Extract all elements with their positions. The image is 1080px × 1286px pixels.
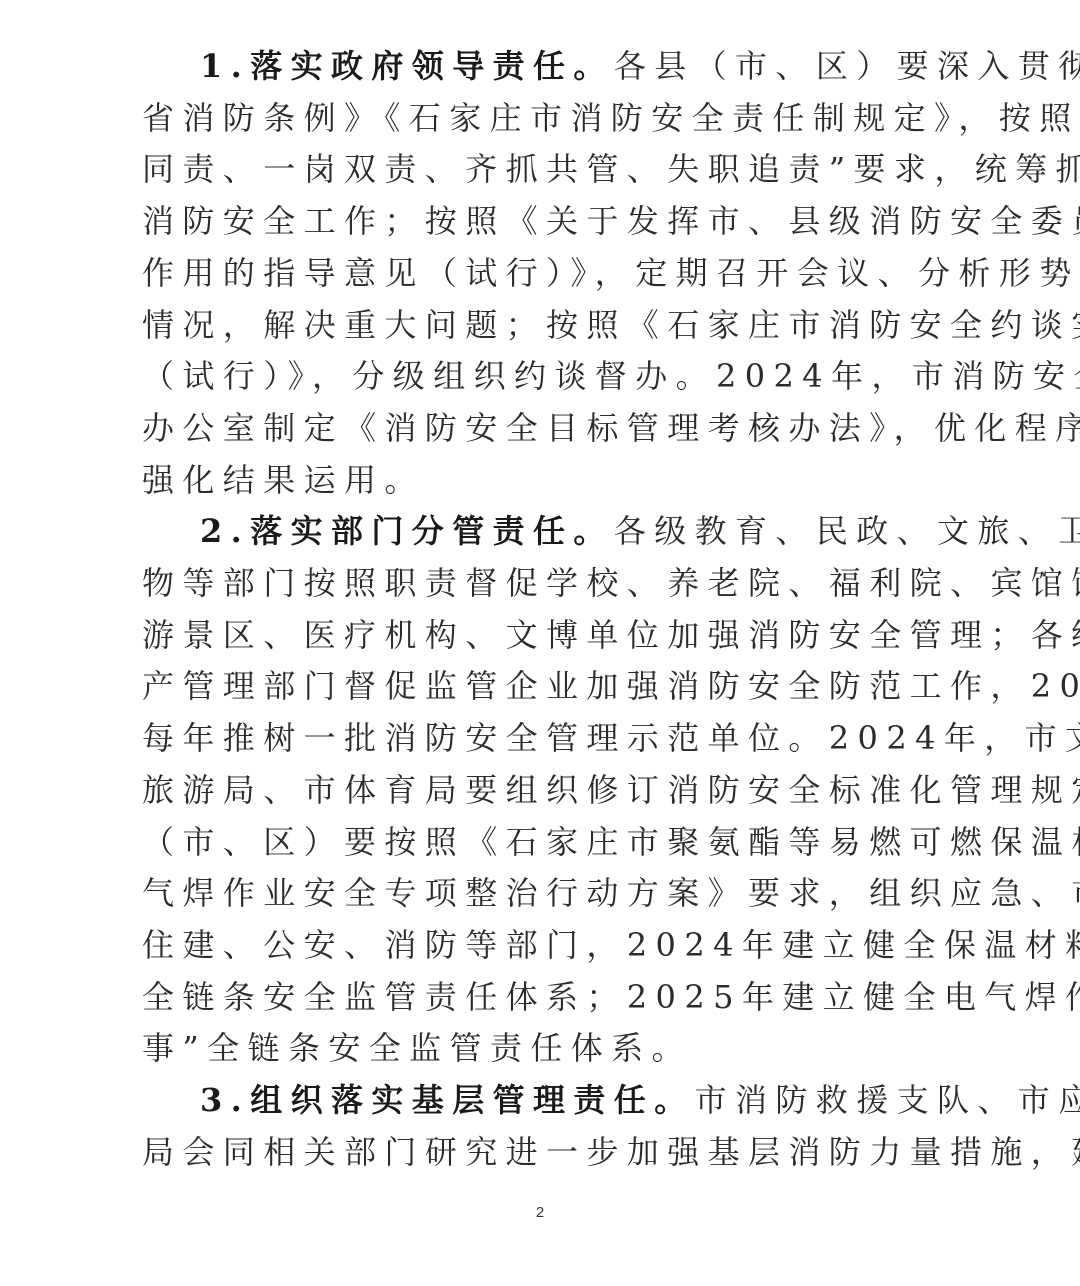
- paragraph-2-line-7: （市、区）要按照《石家庄市聚氨酯等易燃可燃保温材料和电: [142, 816, 1080, 868]
- paragraph-3-text: 市消防救援支队、市应急管理: [695, 1081, 1080, 1119]
- paragraph-1-line-9: 强化结果运用。: [142, 454, 425, 506]
- paragraph-2-line-3: 游景区、医疗机构、文博单位加强消防安全管理；各级国有资: [142, 609, 1080, 661]
- paragraph-1-line-4: 消防安全工作；按照《关于发挥市、县级消防安全委员会平台: [142, 195, 1080, 247]
- paragraph-2-line-5: 每年推树一批消防安全管理示范单位。2024年，市文化广电和: [142, 712, 1080, 764]
- paragraph-3-heading: 3.组织落实基层管理责任。: [200, 1081, 695, 1119]
- page-number: 2: [0, 1204, 1080, 1221]
- paragraph-2-line-8: 气焊作业安全专项整治行动方案》要求，组织应急、市场监管、: [142, 867, 1080, 919]
- paragraph-2-line-4: 产管理部门督促监管企业加强消防安全防范工作，2024年起，: [142, 660, 1080, 712]
- paragraph-3-line-1: 3.组织落实基层管理责任。市消防救援支队、市应急管理: [200, 1074, 1080, 1126]
- paragraph-1-text: 各县（市、区）要深入贯彻《河北: [614, 47, 1080, 85]
- paragraph-2-line-11: 事”全链条安全监管责任体系。: [142, 1022, 692, 1074]
- paragraph-1-line-7: （试行）》，分级组织约谈督办。2024年，市消防安全委员会: [142, 350, 1080, 402]
- paragraph-1-line-8: 办公室制定《消防安全目标管理考核办法》，优化程序方法，: [142, 402, 1080, 454]
- paragraph-1-line-3: 同责、一岗双责、齐抓共管、失职追责”要求，统筹抓好本地: [142, 143, 1080, 195]
- paragraph-1-line-6: 情况，解决重大问题；按照《石家庄市消防安全约谈实施办法: [142, 299, 1080, 351]
- paragraph-3-line-2: 局会同相关部门研究进一步加强基层消防力量措施，建全完善: [142, 1126, 1080, 1178]
- paragraph-2-line-10: 全链条安全监管责任体系；2025年建立健全电气焊作业“一件: [142, 971, 1080, 1023]
- paragraph-1-line-5: 作用的指导意见（试行）》，定期召开会议、分析形势、通报: [142, 247, 1080, 299]
- paragraph-2-text: 各级教育、民政、文旅、卫健、文: [614, 512, 1080, 550]
- paragraph-2-line-6: 旅游局、市体育局要组织修订消防安全标准化管理规定。各县: [142, 764, 1080, 816]
- paragraph-2-heading: 2.落实部门分管责任。: [200, 512, 614, 550]
- paragraph-2-line-2: 物等部门按照职责督促学校、养老院、福利院、宾馆饭店、旅: [142, 557, 1080, 609]
- paragraph-1-line-2: 省消防条例》《石家庄市消防安全责任制规定》，按照“党政: [142, 92, 1080, 144]
- paragraph-1-line-1: 1.落实政府领导责任。各县（市、区）要深入贯彻《河北: [200, 40, 1080, 92]
- paragraph-2-line-1: 2.落实部门分管责任。各级教育、民政、文旅、卫健、文: [200, 505, 1080, 557]
- paragraph-1-heading: 1.落实政府领导责任。: [200, 47, 614, 85]
- paragraph-2-line-9: 住建、公安、消防等部门，2024年建立健全保温材料“一件事”: [142, 919, 1080, 971]
